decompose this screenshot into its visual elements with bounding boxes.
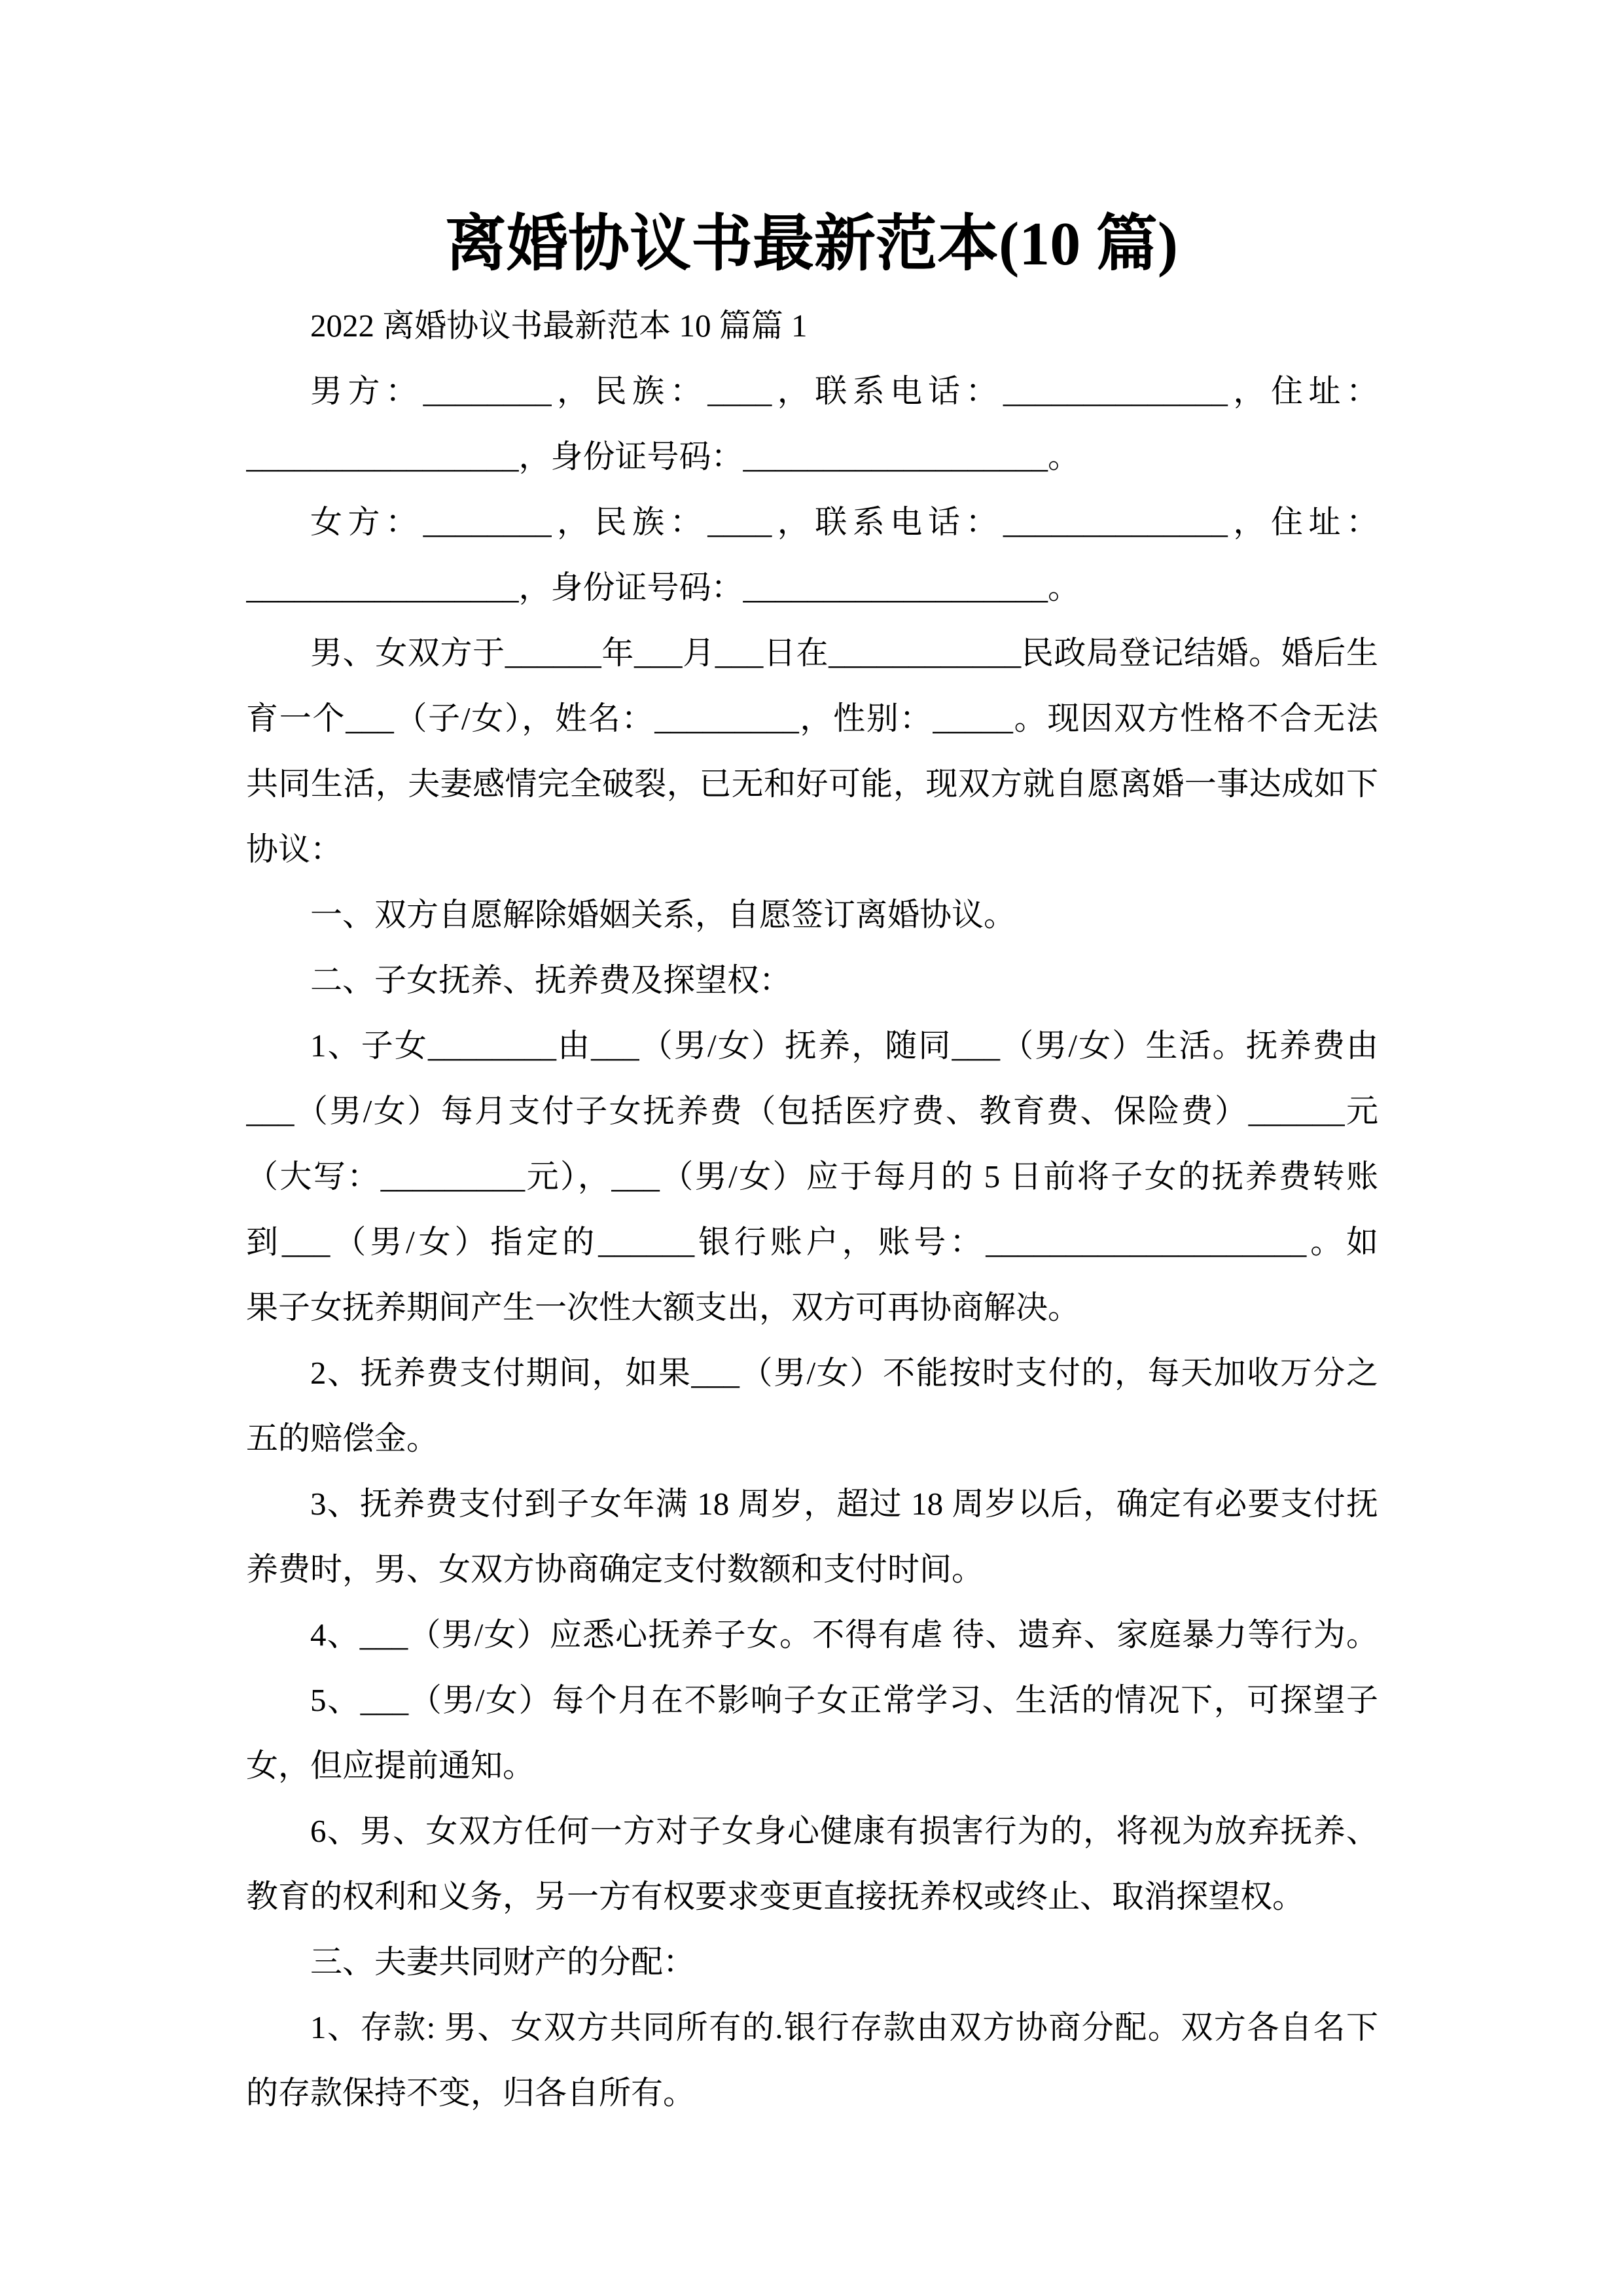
text-line: 二、子女抚养、抚养费及探望权： — [246, 948, 1378, 1013]
text-line: 5、___（男/女）每个月在不影响子女正常学习、生活的情况下，可探望子 — [246, 1668, 1378, 1733]
text-line: 果子女抚养期间产生一次性大额支出，双方可再协商解决。 — [246, 1275, 1378, 1340]
text-line: 女方：________，民族：____，联系电话：______________，… — [246, 490, 1378, 555]
text-line: 育一个___（子/女），姓名：_________，性别：_____。现因双方性格… — [246, 686, 1378, 751]
text-line: 的存款保持不变，归各自所有。 — [246, 2060, 1378, 2126]
text-line: 共同生活，夫妻感情完全破裂，已无和好可能，现双方就自愿离婚一事达成如下 — [246, 751, 1378, 817]
text-line: 2022 离婚协议书最新范本 10 篇篇 1 — [246, 293, 1378, 359]
text-line: 男方：________，民族：____，联系电话：______________，… — [246, 359, 1378, 424]
text-line: _________________，身份证号码：________________… — [246, 424, 1378, 490]
text-line: 女，但应提前通知。 — [246, 1733, 1378, 1799]
text-line: 到___（男/女）指定的______银行账户，账号：______________… — [246, 1210, 1378, 1275]
text-line: 男、女双方于______年___月___日在____________民政局登记结… — [246, 620, 1378, 686]
text-line: 2、抚养费支付期间，如果___（男/女）不能按时支付的，每天加收万分之 — [246, 1340, 1378, 1406]
text-line: 教育的权利和义务，另一方有权要求变更直接抚养权或终止、取消探望权。 — [246, 1864, 1378, 1929]
document-title: 离婚协议书最新范本(10 篇) — [0, 195, 1623, 293]
text-line: 养费时，男、女双方协商确定支付数额和支付时间。 — [246, 1537, 1378, 1602]
text-line: 协议： — [246, 817, 1378, 882]
text-line: 五的赔偿金。 — [246, 1406, 1378, 1471]
text-line: 三、夫妻共同财产的分配： — [246, 1929, 1378, 1995]
document-page: 离婚协议书最新范本(10 篇) 2022 离婚协议书最新范本 10 篇篇 1男方… — [0, 0, 1623, 2296]
text-line: （大写：_________元），___（男/女）应于每月的 5 日前将子女的抚养… — [246, 1144, 1378, 1210]
text-line: 4、___（男/女）应悉心抚养子女。不得有虐 待、遗弃、家庭暴力等行为。 — [246, 1602, 1378, 1668]
text-line: 3、抚养费支付到子女年满 18 周岁，超过 18 周岁以后，确定有必要支付抚 — [246, 1471, 1378, 1537]
document-body: 2022 离婚协议书最新范本 10 篇篇 1男方：________，民族：___… — [246, 293, 1378, 2126]
text-line: 6、男、女双方任何一方对子女身心健康有损害行为的，将视为放弃抚养、 — [246, 1799, 1378, 1864]
text-line: 一、双方自愿解除婚姻关系，自愿签订离婚协议。 — [246, 882, 1378, 948]
text-line: 1、存款: 男、女双方共同所有的.银行存款由双方协商分配。双方各自名下 — [246, 1995, 1378, 2060]
text-line: ___（男/女）每月支付子女抚养费（包括医疗费、教育费、保险费）______元 — [246, 1079, 1378, 1144]
text-line: 1、子女________由___（男/女）抚养，随同___（男/女）生活。抚养费… — [246, 1013, 1378, 1079]
text-line: _________________，身份证号码：________________… — [246, 555, 1378, 620]
